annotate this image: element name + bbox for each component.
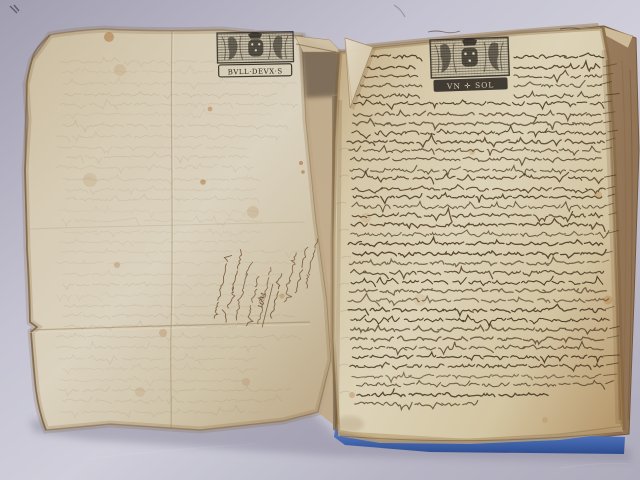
photo-of-manuscript: BVLL·DEVX·S 1694 <box>0 0 640 480</box>
shield-icon <box>461 47 478 67</box>
tax-stamp-left: BVLL·DEVX·S <box>217 32 294 77</box>
left-page: BVLL·DEVX·S 1694 <box>25 29 331 430</box>
stamp-banner-text-right: VN ✛ SOL <box>446 80 495 91</box>
right-page: VN ✛ SOL <box>299 28 623 444</box>
stamp-banner-text-left: BVLL·DEVX·S <box>228 67 283 76</box>
left-page-paper <box>25 29 331 430</box>
tax-stamp-right: VN ✛ SOL <box>430 37 510 92</box>
shield-icon <box>248 39 263 56</box>
